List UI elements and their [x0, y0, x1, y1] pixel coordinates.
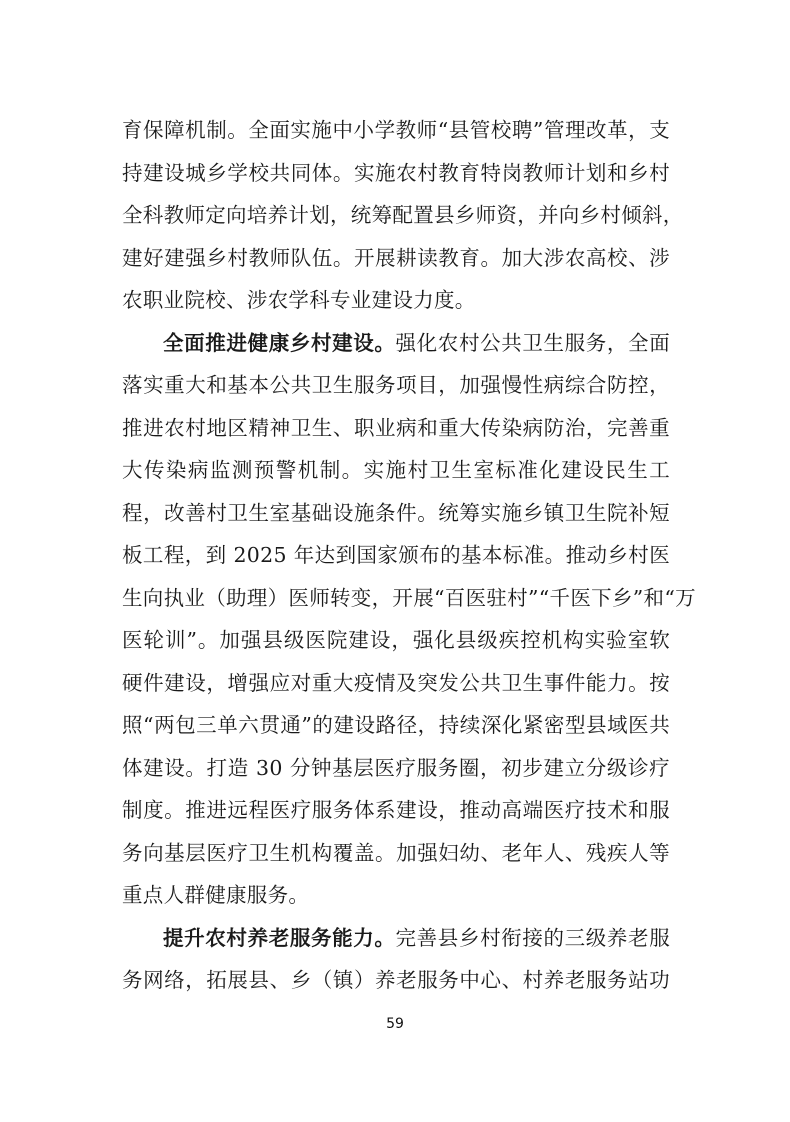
- text-line: 务网络，拓展县、乡（镇）养老服务中心、村养老服务站功: [122, 959, 670, 1001]
- text-run: 完善县乡村衔接的三级养老服: [396, 926, 670, 950]
- page-number: 59: [0, 1016, 790, 1032]
- section-heading: 提升农村养老服务能力。: [163, 926, 396, 950]
- text-line: 落实重大和基本公共卫生服务项目，加强慢性病综合防控，: [122, 364, 670, 406]
- text-line: 持建设城乡学校共同体。实施农村教育特岗教师计划和乡村: [122, 152, 670, 194]
- text-line: 制度。推进远程医疗服务体系建设，推动高端医疗技术和服: [122, 789, 670, 831]
- text-line: 建好建强乡村教师队伍。开展耕读教育。加大涉农高校、涉: [122, 237, 670, 279]
- text-line: 育保障机制。全面实施中小学教师“县管校聘”管理改革，支: [122, 109, 670, 151]
- section-heading: 全面推进健康乡村建设。: [163, 331, 396, 355]
- text-line: 硬件建设，增强应对重大疫情及突发公共卫生事件能力。按: [122, 662, 670, 704]
- text-line: 重点人群健康服务。: [122, 874, 670, 916]
- text-line: 程，改善村卫生室基础设施条件。统筹实施乡镇卫生院补短: [122, 492, 670, 534]
- text-line: 生向执业（助理）医师转变，开展“百医驻村”“千医下乡”和“万: [122, 577, 670, 619]
- paragraph-first-line: 全面推进健康乡村建设。强化农村公共卫生服务，全面: [163, 322, 670, 364]
- paragraph-first-line: 提升农村养老服务能力。完善县乡村衔接的三级养老服: [163, 917, 670, 959]
- text-line: 推进农村地区精神卫生、职业病和重大传染病防治，完善重: [122, 407, 670, 449]
- text-run: 强化农村公共卫生服务，全面: [396, 331, 670, 355]
- text-line: 务向基层医疗卫生机构覆盖。加强妇幼、老年人、残疾人等: [122, 832, 670, 874]
- text-line: 板工程，到 2025 年达到国家颁布的基本标准。推动乡村医: [122, 534, 670, 576]
- text-line: 全科教师定向培养计划，统筹配置县乡师资，并向乡村倾斜，: [122, 194, 670, 236]
- document-page: 育保障机制。全面实施中小学教师“县管校聘”管理改革，支 持建设城乡学校共同体。实…: [0, 0, 790, 1122]
- text-line: 照“两包三单六贯通”的建设路径，持续深化紧密型县域医共: [122, 704, 670, 746]
- text-line: 医轮训”。加强县级医院建设，强化县级疾控机构实验室软: [122, 619, 670, 661]
- text-line: 体建设。打造 30 分钟基层医疗服务圈，初步建立分级诊疗: [122, 747, 670, 789]
- text-line: 农职业院校、涉农学科专业建设力度。: [122, 279, 670, 321]
- text-line: 大传染病监测预警机制。实施村卫生室标准化建设民生工: [122, 449, 670, 491]
